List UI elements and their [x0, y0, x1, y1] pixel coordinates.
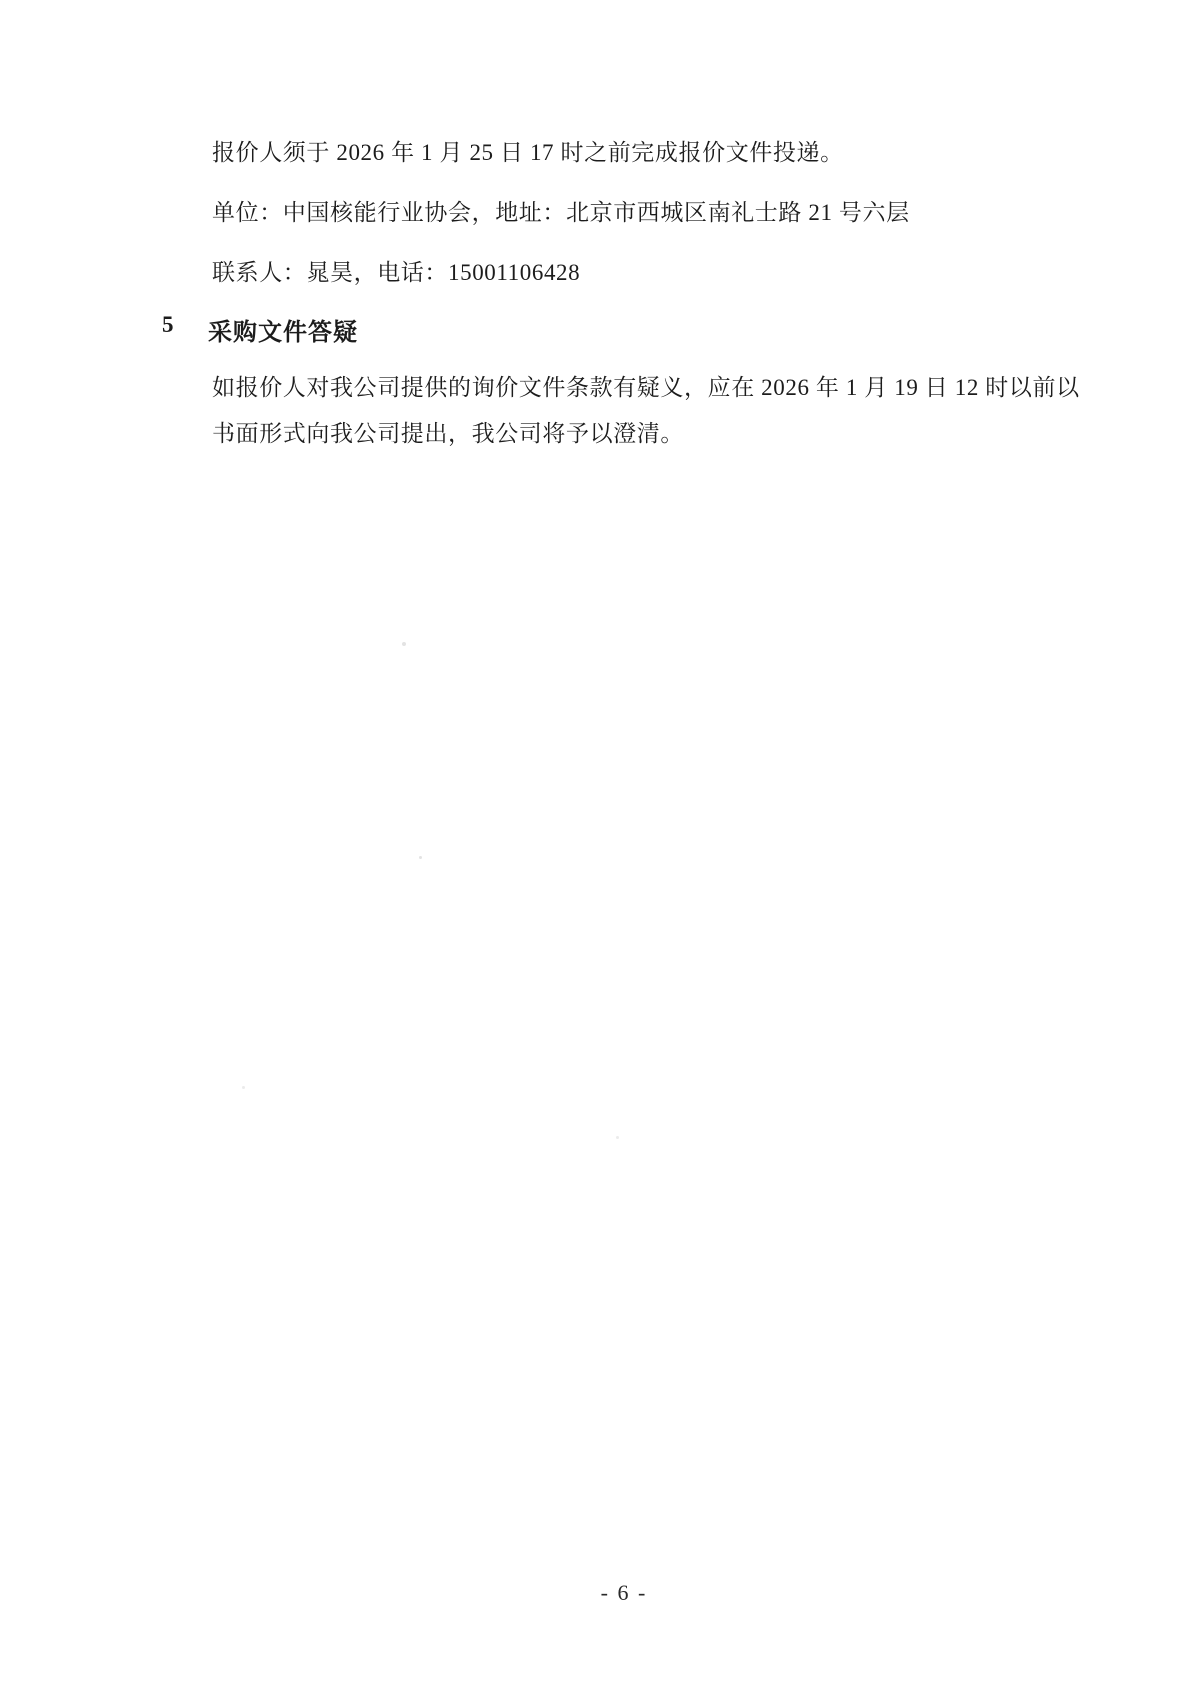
section-title: 采购文件答疑 — [208, 312, 358, 347]
section-heading: 5 采购文件答疑 — [0, 312, 1200, 346]
scan-speck — [242, 1086, 245, 1089]
section-number: 5 — [162, 312, 174, 338]
paragraph-submission-deadline: 报价人须于 2026 年 1 月 25 日 17 时之前完成报价文件投递。 — [212, 139, 844, 168]
scan-speck — [402, 642, 406, 646]
section-body-line: 如报价人对我公司提供的询价文件条款有疑义，应在 2026 年 1 月 19 日 … — [212, 374, 1080, 403]
paragraph-contact-phone: 联系人：晁昊，电话：15001106428 — [212, 259, 580, 288]
paragraph-unit-address: 单位：中国核能行业协会，地址：北京市西城区南礼士路 21 号六层 — [212, 199, 910, 228]
page-number: - 6 - — [601, 1580, 648, 1606]
document-page: 报价人须于 2026 年 1 月 25 日 17 时之前完成报价文件投递。 单位… — [0, 0, 1200, 1694]
scan-speck — [419, 856, 422, 859]
section-body-line: 书面形式向我公司提出，我公司将予以澄清。 — [212, 420, 684, 449]
scan-speck — [616, 1136, 619, 1139]
